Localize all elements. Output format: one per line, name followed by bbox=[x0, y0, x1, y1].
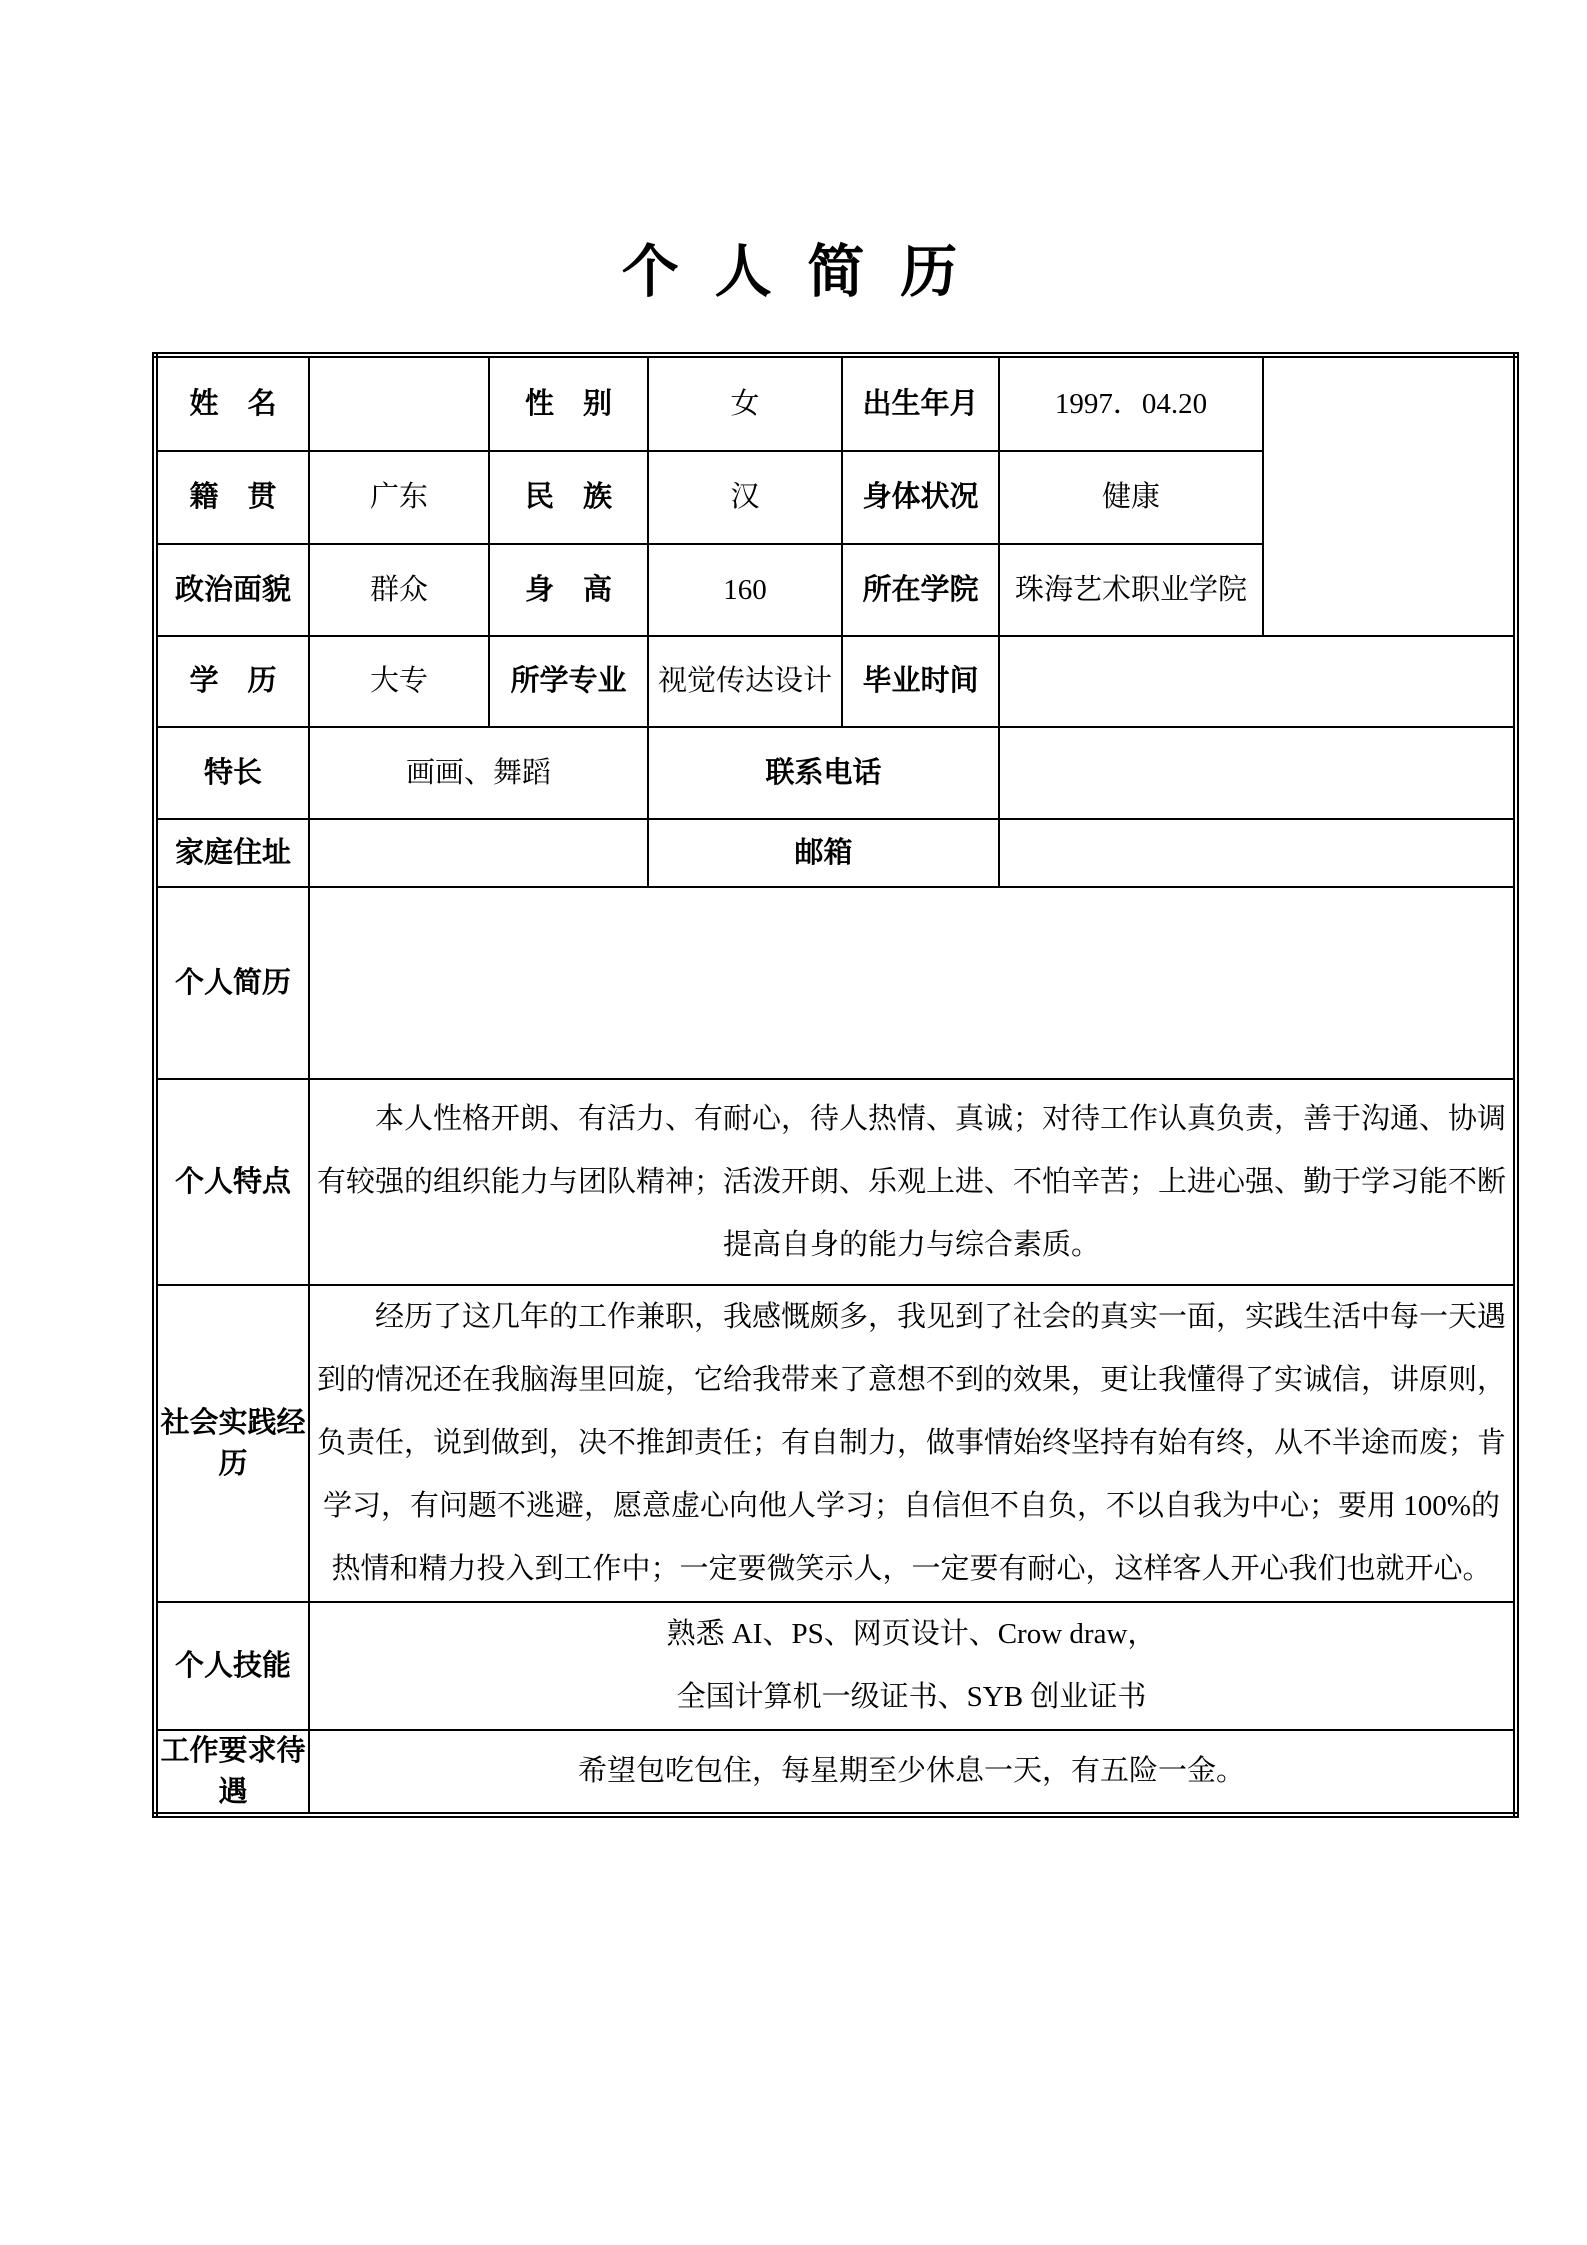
label-native-place: 籍 贯 bbox=[155, 451, 309, 544]
value-home-address bbox=[309, 819, 648, 887]
label-height: 身 高 bbox=[489, 544, 648, 636]
value-job-requirements: 希望包吃包住，每星期至少休息一天，有五险一金。 bbox=[309, 1730, 1516, 1815]
label-personal-resume: 个人简历 bbox=[155, 887, 309, 1079]
value-birthdate: 1997．04.20 bbox=[999, 355, 1263, 451]
label-political-status: 政治面貌 bbox=[155, 544, 309, 636]
value-college: 珠海艺术职业学院 bbox=[999, 544, 1263, 636]
label-college: 所在学院 bbox=[842, 544, 999, 636]
label-birthdate: 出生年月 bbox=[842, 355, 999, 451]
row-name: 姓 名 性 别 女 出生年月 1997．04.20 bbox=[155, 355, 1516, 451]
value-major: 视觉传达设计 bbox=[648, 636, 842, 727]
value-native-place: 广东 bbox=[309, 451, 489, 544]
label-major: 所学专业 bbox=[489, 636, 648, 727]
value-education: 大专 bbox=[309, 636, 489, 727]
label-name: 姓 名 bbox=[155, 355, 309, 451]
row-specialty: 特长 画画、舞蹈 联系电话 bbox=[155, 727, 1516, 819]
row-social-practice: 社会实践经历 经历了这几年的工作兼职，我感慨颇多，我见到了社会的真实一面，实践生… bbox=[155, 1285, 1516, 1602]
label-home-address: 家庭住址 bbox=[155, 819, 309, 887]
row-personal-traits: 个人特点 本人性格开朗、有活力、有耐心，待人热情、真诚；对待工作认真负责，善于沟… bbox=[155, 1079, 1516, 1285]
skills-line-2: 全国计算机一级证书、SYB 创业证书 bbox=[310, 1666, 1513, 1729]
value-height: 160 bbox=[648, 544, 842, 636]
label-email: 邮箱 bbox=[648, 819, 999, 887]
label-phone: 联系电话 bbox=[648, 727, 999, 819]
label-personal-traits: 个人特点 bbox=[155, 1079, 309, 1285]
value-skills: 熟悉 AI、PS、网页设计、Crow draw， 全国计算机一级证书、SYB 创… bbox=[309, 1602, 1516, 1730]
value-health: 健康 bbox=[999, 451, 1263, 544]
label-graduation-date: 毕业时间 bbox=[842, 636, 999, 727]
value-specialty: 画画、舞蹈 bbox=[309, 727, 648, 819]
value-phone bbox=[999, 727, 1516, 819]
value-political-status: 群众 bbox=[309, 544, 489, 636]
value-personal-resume bbox=[309, 887, 1516, 1079]
label-skills: 个人技能 bbox=[155, 1602, 309, 1730]
value-gender: 女 bbox=[648, 355, 842, 451]
row-skills: 个人技能 熟悉 AI、PS、网页设计、Crow draw， 全国计算机一级证书、… bbox=[155, 1602, 1516, 1730]
resume-page: 个 人 简 历 姓 名 性 别 女 出生年月 1997．04.20 籍 贯 广东… bbox=[0, 0, 1587, 2245]
value-graduation-date bbox=[999, 636, 1516, 727]
row-address: 家庭住址 邮箱 bbox=[155, 819, 1516, 887]
label-specialty: 特长 bbox=[155, 727, 309, 819]
row-job-requirements: 工作要求待遇 希望包吃包住，每星期至少休息一天，有五险一金。 bbox=[155, 1730, 1516, 1815]
label-gender: 性 别 bbox=[489, 355, 648, 451]
label-job-requirements: 工作要求待遇 bbox=[155, 1730, 309, 1815]
skills-line-1: 熟悉 AI、PS、网页设计、Crow draw， bbox=[310, 1603, 1513, 1666]
label-education: 学 历 bbox=[155, 636, 309, 727]
value-social-practice: 经历了这几年的工作兼职，我感慨颇多，我见到了社会的真实一面，实践生活中每一天遇到… bbox=[309, 1285, 1516, 1602]
label-health: 身体状况 bbox=[842, 451, 999, 544]
value-email bbox=[999, 819, 1516, 887]
value-personal-traits: 本人性格开朗、有活力、有耐心，待人热情、真诚；对待工作认真负责，善于沟通、协调有… bbox=[309, 1079, 1516, 1285]
photo-cell bbox=[1263, 355, 1516, 636]
label-social-practice: 社会实践经历 bbox=[155, 1285, 309, 1602]
row-education: 学 历 大专 所学专业 视觉传达设计 毕业时间 bbox=[155, 636, 1516, 727]
value-name bbox=[309, 355, 489, 451]
value-ethnicity: 汉 bbox=[648, 451, 842, 544]
row-personal-resume: 个人简历 bbox=[155, 887, 1516, 1079]
doc-title: 个 人 简 历 bbox=[0, 226, 1587, 308]
resume-table: 姓 名 性 别 女 出生年月 1997．04.20 籍 贯 广东 民 族 汉 身… bbox=[152, 352, 1519, 1818]
label-ethnicity: 民 族 bbox=[489, 451, 648, 544]
